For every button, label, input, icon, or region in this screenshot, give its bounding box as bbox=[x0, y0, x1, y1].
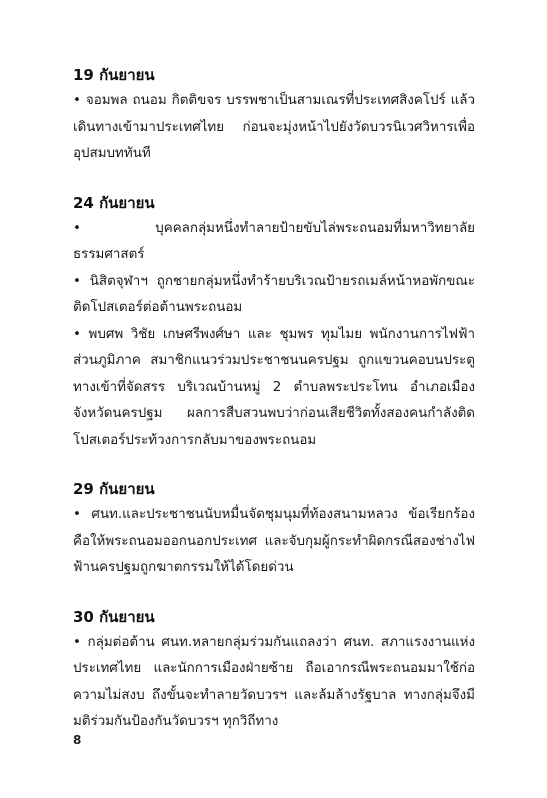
section-heading: 29 กันยายน bbox=[73, 476, 475, 502]
section-sep-30: 30 กันยายน • กลุ่มต่อต้าน ศนท.หลายกลุ่มร… bbox=[73, 604, 475, 736]
section-heading: 24 กันยายน bbox=[73, 190, 475, 216]
page-number: 8 bbox=[73, 733, 81, 747]
section-sep-29: 29 กันยายน • ศนท.และประชาชนนับหมื่นจัดชุ… bbox=[73, 476, 475, 582]
event-entry: • กลุ่มต่อต้าน ศนท.หลายกลุ่มร่วมกันแถลงว… bbox=[73, 630, 475, 736]
document-page: 19 กันยายน • จอมพล ถนอม กิตติขจร บรรพชาเ… bbox=[73, 62, 475, 758]
event-entry: • พบศพ วิชัย เกษศรีพงศ์ษา และ ชุมพร ทุมไ… bbox=[73, 322, 475, 455]
section-sep-19: 19 กันยายน • จอมพล ถนอม กิตติขจร บรรพชาเ… bbox=[73, 62, 475, 168]
section-heading: 30 กันยายน bbox=[73, 604, 475, 630]
event-entry: • บุคคลกลุ่มหนึ่งทำลายป้ายขับไล่พระถนอมท… bbox=[73, 216, 475, 269]
event-entry: • นิสิตจุฬาฯ ถูกชายกลุ่มหนึ่งทำร้ายบริเว… bbox=[73, 269, 475, 322]
event-entry: • ศนท.และประชาชนนับหมื่นจัดชุมนุมที่ท้อง… bbox=[73, 502, 475, 582]
event-entry: • จอมพล ถนอม กิตติขจร บรรพชาเป็นสามเณรที… bbox=[73, 88, 475, 168]
section-sep-24: 24 กันยายน • บุคคลกลุ่มหนึ่งทำลายป้ายขับ… bbox=[73, 190, 475, 455]
section-heading: 19 กันยายน bbox=[73, 62, 475, 88]
